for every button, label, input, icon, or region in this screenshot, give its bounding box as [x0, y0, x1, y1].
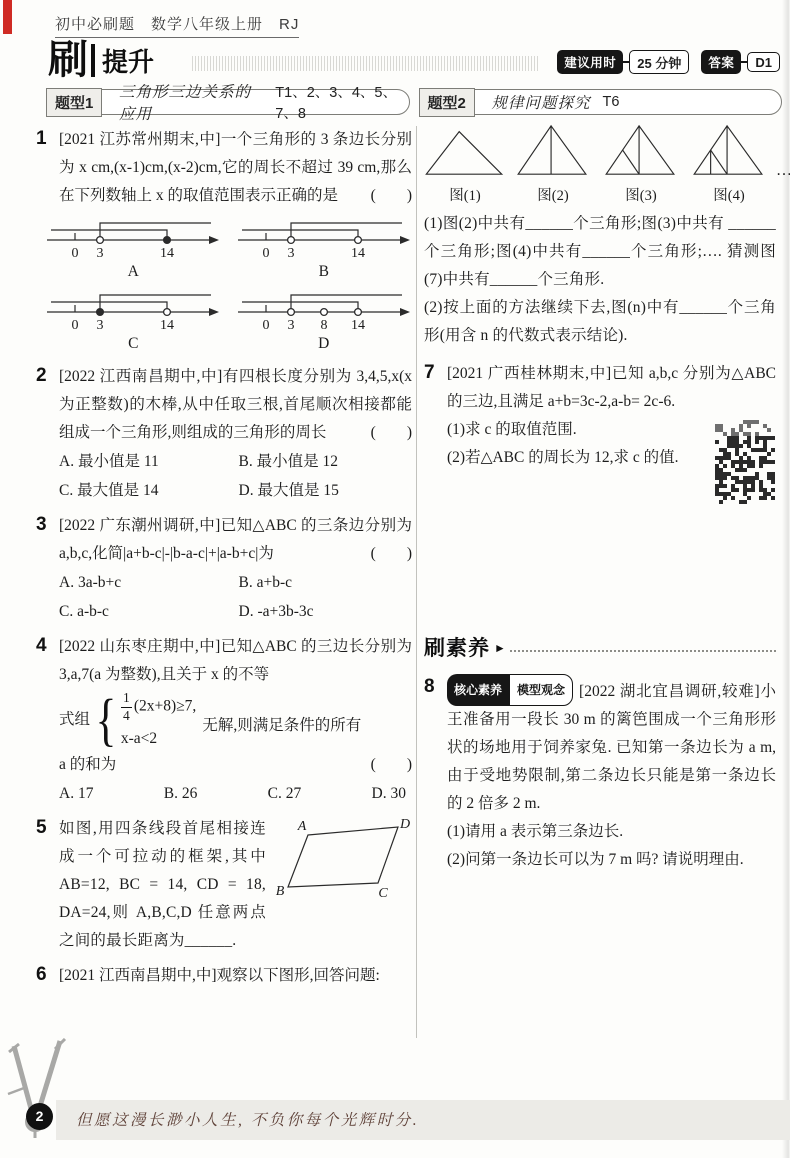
qr-code: [714, 420, 776, 504]
problem-1-options-figures: 0 3 14 A: [45, 214, 412, 354]
number-line-c: 0 3 14: [45, 286, 221, 334]
svg-text:3: 3: [287, 318, 294, 333]
option-item: B. a+b-c: [239, 568, 413, 597]
figures-ellipsis: …: [776, 162, 790, 206]
figure-4-caption: 图(4): [688, 186, 770, 206]
topic-bar-1: 三角形三边关系的应用 T1、2、3、4、5、7、8 题型1: [46, 88, 410, 116]
topic-1-name: 三角形三边关系的应用: [119, 80, 263, 124]
problem-4-intro: [2022 山东枣庄期中,中]已知△ABC 的三边长分别为 3,a,7(a 为整…: [59, 633, 412, 689]
svg-text:D: D: [399, 817, 410, 832]
workbook-page: 初中必刷题 数学八年级上册 RJ 刷 提升 建议用时 25 分钟 答案 D1 三…: [0, 0, 790, 1158]
option-c-label: C: [45, 334, 222, 354]
quadrilateral-frame-figure: A D B C: [274, 817, 412, 901]
problem-5: 5 A D B C 如图,用四条线段首尾相接连成一个可拉动的框架,其中 AB=1…: [36, 815, 412, 955]
system-rows: 14(2x+8)≥7, x-a<2: [121, 691, 196, 748]
figure-3-caption: 图(3): [600, 186, 682, 206]
footer-quote: 但愿这漫长渺小人生, 不负你每个光辉时分.: [76, 1108, 419, 1130]
system-row-1-rest: (2x+8)≥7,: [134, 698, 196, 715]
figure-1: 图(1): [424, 122, 506, 206]
option-item: C. a-b-c: [59, 597, 233, 626]
triangle-figure-4: [688, 122, 770, 180]
problem-8-number: 8: [424, 674, 447, 874]
answer-badge-label: 答案: [701, 50, 741, 74]
problem-8-question-2: (2)问第一条边长可以为 7 m 吗? 请说明理由.: [447, 846, 776, 874]
problem-2: 2 [2022 江西南昌期中,中]有四根长度分别为 3,4,5,x(x 为正整数…: [36, 363, 412, 505]
section-logo: 刷 提升: [48, 40, 154, 80]
option-a-figure: 0 3 14 A: [45, 214, 222, 282]
fraction-one-fourth: 14: [121, 691, 132, 723]
suggested-time-badge: 建议用时 25 分钟: [557, 50, 689, 74]
problem-6-question-1: (1)图(2)中共有______个三角形;图(3)中共有 ______ 个三角形…: [424, 210, 776, 294]
topic-bar-2: 规律问题探究 T6 题型2: [419, 88, 783, 116]
problem-6-figures: 图(1) 图(2) 图(3): [424, 122, 776, 206]
svg-text:8: 8: [320, 318, 327, 333]
option-item: A. 3a-b+c: [59, 568, 233, 597]
svg-text:3: 3: [97, 318, 104, 333]
problem-1-text: [2021 江苏常州期末,中]一个三角形的 3 条边长分别为 x cm,(x-1…: [59, 131, 412, 204]
time-badge-label: 建议用时: [557, 50, 623, 74]
suyang-section-header: 刷素养 ►: [424, 632, 776, 662]
problem-8-question-1: (1)请用 a 表示第三条边长.: [447, 818, 776, 846]
figure-2: 图(2): [512, 122, 594, 206]
problem-7-text: [2021 广西桂林期末,中]已知 a,b,c 分别为△ABC 的三边,且满足 …: [447, 360, 776, 416]
problem-7-number: 7: [424, 360, 447, 504]
triangle-figure-1: [424, 122, 506, 180]
option-b-label: B: [236, 262, 413, 282]
option-a-label: A: [45, 262, 222, 282]
problem-8-paragraph: 核心素养模型观念[2022 湖北宜昌调研,较难]小王准备用一段长 30 m 的篱…: [447, 674, 776, 818]
problem-3-text: [2022 广东潮州调研,中]已知△ABC 的三条边分别为 a,b,c,化简|a…: [59, 517, 412, 562]
option-item: C. 最大值是 14: [59, 476, 233, 505]
problem-2-answer-paren: ( ): [371, 419, 412, 447]
topic-1-tags: T1、2、3、4、5、7、8: [275, 81, 408, 123]
left-column: 1 [2021 江苏常州期末,中]一个三角形的 3 条边长分别为 x cm,(x…: [36, 126, 412, 997]
svg-text:0: 0: [262, 318, 269, 333]
problem-2-options: A. 最小值是 11 B. 最小值是 12 C. 最大值是 14 D. 最大值是…: [59, 447, 412, 505]
section-title: 提升: [102, 49, 154, 80]
option-d-figure: 0 3 8 14 D: [236, 286, 413, 354]
svg-text:0: 0: [262, 246, 269, 261]
problem-4-body: [2022 山东枣庄期中,中]已知△ABC 的三边长分别为 3,a,7(a 为整…: [59, 633, 412, 808]
option-item: B. 最小值是 12: [239, 447, 413, 476]
svg-text:3: 3: [97, 246, 104, 261]
option-d-label: D: [236, 334, 413, 354]
option-item: D. 30: [372, 779, 406, 808]
option-item: A. 最小值是 11: [59, 447, 233, 476]
problem-8: 8 核心素养模型观念[2022 湖北宜昌调研,较难]小王准备用一段长 30 m …: [424, 674, 776, 874]
answer-badge-value: D1: [747, 52, 780, 72]
svg-text:A: A: [297, 819, 307, 834]
suyang-title: 刷素养: [424, 632, 490, 662]
problem-4: 4 [2022 山东枣庄期中,中]已知△ABC 的三边长分别为 3,a,7(a …: [36, 633, 412, 808]
arrow-right-icon: ►: [494, 641, 506, 656]
book-title: 初中必刷题 数学八年级上册 RJ: [55, 13, 299, 38]
triangle-figure-3: [600, 122, 682, 180]
topic-2-tags: T6: [603, 94, 620, 110]
svg-text:C: C: [378, 886, 388, 901]
problem-2-number: 2: [36, 363, 59, 505]
problem-6-body: [2021 江西南昌期中,中]观察以下图形,回答问题:: [59, 962, 412, 990]
red-corner-tab: [3, 0, 12, 34]
figure-3: 图(3): [600, 122, 682, 206]
problem-3-number: 3: [36, 512, 59, 626]
option-c-figure: 0 3 14 C: [45, 286, 222, 354]
svg-text:14: 14: [160, 246, 174, 261]
system-after-text: 无解,则满足条件的所有: [202, 704, 361, 735]
model-concept-badge: 模型观念: [509, 674, 573, 706]
topic-2-label: 题型2: [419, 88, 475, 117]
problem-4-number: 4: [36, 633, 59, 808]
problem-3-answer-paren: ( ): [371, 540, 412, 568]
svg-text:3: 3: [287, 246, 294, 261]
figure-4: 图(4): [688, 122, 770, 206]
option-item: C. 27: [268, 779, 302, 808]
svg-text:B: B: [276, 884, 285, 899]
svg-text:14: 14: [160, 318, 174, 333]
problem-3-body: [2022 广东潮州调研,中]已知△ABC 的三条边分别为 a,b,c,化简|a…: [59, 512, 412, 626]
option-item: A. 17: [59, 779, 93, 808]
svg-text:0: 0: [72, 246, 79, 261]
problem-3-options: A. 3a-b+c B. a+b-c C. a-b-c D. -a+3b-3c: [59, 568, 412, 626]
topic-bars: 三角形三边关系的应用 T1、2、3、4、5、7、8 题型1 规律问题探究 T6 …: [46, 88, 782, 116]
right-column: 图(1) 图(2) 图(3): [424, 122, 776, 881]
option-item: B. 26: [164, 779, 198, 808]
number-line-b: 0 3 14: [236, 214, 412, 262]
option-b-figure: 0 3 14 B: [236, 214, 413, 282]
number-line-a: 0 3 14: [45, 214, 221, 262]
system-label: 式组: [59, 710, 90, 729]
problem-6-number: 6: [36, 962, 59, 990]
problem-5-number: 5: [36, 815, 59, 955]
problem-2-text: [2022 江西南昌期中,中]有四根长度分别为 3,4,5,x(x 为正整数)的…: [59, 368, 412, 441]
figure-2-caption: 图(2): [512, 186, 594, 206]
problem-4-inequality-system: 式组 { 14(2x+8)≥7, x-a<2 无解,则满足条件的所有: [59, 691, 412, 749]
problem-4-tail: a 的和为: [59, 756, 116, 773]
svg-text:14: 14: [351, 246, 365, 261]
problem-6-question-2: (2)按上面的方法继续下去,图(n)中有______个三角形(用含 n 的代数式…: [424, 294, 776, 350]
topic-1-label: 题型1: [46, 88, 102, 117]
problem-3: 3 [2022 广东潮州调研,中]已知△ABC 的三条边分别为 a,b,c,化简…: [36, 512, 412, 626]
number-line-d: 0 3 8 14: [236, 286, 412, 334]
header-badges: 建议用时 25 分钟 答案 D1: [557, 50, 780, 74]
problem-6: 6 [2021 江西南昌期中,中]观察以下图形,回答问题:: [36, 962, 412, 990]
time-badge-value: 25 分钟: [629, 50, 689, 74]
option-item: D. -a+3b-3c: [239, 597, 413, 626]
problem-6-text: [2021 江西南昌期中,中]观察以下图形,回答问题:: [59, 962, 412, 990]
triangle-figure-2: [512, 122, 594, 180]
problem-7-body: [2021 广西桂林期末,中]已知 a,b,c 分别为△ABC 的三边,且满足 …: [447, 360, 776, 504]
problem-8-body: 核心素养模型观念[2022 湖北宜昌调研,较难]小王准备用一段长 30 m 的篱…: [447, 674, 776, 874]
logo-big-char: 刷: [48, 40, 88, 80]
problem-8-source: [2022 湖北宜昌调研,较难]: [579, 683, 760, 700]
problem-1-body: [2021 江苏常州期末,中]一个三角形的 3 条边长分别为 x cm,(x-1…: [59, 126, 412, 356]
system-brace: {: [95, 691, 116, 749]
column-divider: [416, 126, 417, 1038]
problem-6-questions: (1)图(2)中共有______个三角形;图(3)中共有 ______ 个三角形…: [424, 210, 776, 350]
page-number: 2: [26, 1103, 53, 1130]
problem-4-options: A. 17 B. 26 C. 27 D. 30: [59, 779, 412, 808]
decorative-dotted-strip: [192, 56, 540, 71]
dotted-leader-line: [510, 642, 776, 652]
option-item: D. 最大值是 15: [239, 476, 413, 505]
problem-2-body: [2022 江西南昌期中,中]有四根长度分别为 3,4,5,x(x 为正整数)的…: [59, 363, 412, 505]
problem-1-answer-paren: ( ): [371, 182, 412, 210]
answer-badge: 答案 D1: [701, 50, 780, 74]
problem-7: 7 [2021 广西桂林期末,中]已知 a,b,c 分别为△ABC 的三边,且满…: [424, 360, 776, 504]
problem-1: 1 [2021 江苏常州期末,中]一个三角形的 3 条边长分别为 x cm,(x…: [36, 126, 412, 356]
svg-text:14: 14: [351, 318, 365, 333]
svg-text:0: 0: [72, 318, 79, 333]
system-row-2: x-a<2: [121, 729, 196, 748]
logo-divider-bar: [91, 44, 95, 77]
figure-1-caption: 图(1): [424, 186, 506, 206]
system-row-1: 14(2x+8)≥7,: [121, 691, 196, 723]
core-literacy-badge: 核心素养: [447, 674, 509, 706]
problem-4-answer-paren: ( ): [371, 751, 412, 779]
problem-5-body: A D B C 如图,用四条线段首尾相接连成一个可拉动的框架,其中 AB=12,…: [59, 815, 412, 955]
topic-2-name: 规律问题探究: [492, 91, 591, 113]
problem-8-badges: 核心素养模型观念: [447, 674, 573, 706]
